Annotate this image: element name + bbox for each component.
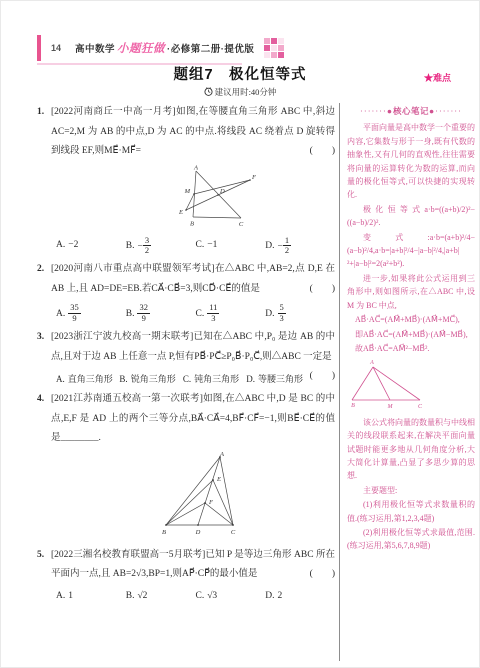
option-d: D.等腰三角形 — [246, 372, 309, 385]
problem-4: 4. [2021江苏南通五校高一第一次联考]如图,在△ABC 中,D 是 BC … — [37, 390, 335, 541]
vertex-label-d: D — [219, 188, 225, 195]
problem-number: 3. — [37, 328, 44, 348]
problem-options: A.1 B.√2 C.√3 D.2 — [51, 589, 335, 603]
option-b: B.−32 — [126, 236, 196, 256]
option-value: 1 — [68, 591, 73, 601]
header-accent-bar — [37, 35, 41, 61]
option-value: 钝角三角形 — [194, 374, 239, 384]
option-fraction: 329 — [137, 303, 150, 323]
option-b: B.329 — [126, 303, 196, 323]
problem-options: A.−2 B.−32 C.−1 D.−12 — [51, 236, 335, 256]
dots-right: ●······· — [429, 106, 462, 116]
option-a: A.1 — [56, 591, 126, 601]
fraction-numerator: 35 — [68, 303, 81, 313]
vertex-label-d: D — [195, 529, 201, 536]
vertex-label-c: C — [418, 404, 423, 409]
triangle-figure: A M E B C D F — [163, 165, 263, 227]
vertex-label-m: M — [184, 188, 191, 195]
triangle-figure: A B M C — [349, 357, 427, 409]
problem-1-figure: A M E B C D F — [163, 165, 335, 232]
option-a: A.359 — [56, 303, 126, 323]
option-c: C.钝角三角形 — [183, 372, 246, 385]
option-a: A.直角三角形 — [56, 372, 119, 385]
difficulty-label: 难点 — [433, 73, 451, 83]
fraction-numerator: 11 — [207, 303, 219, 313]
notes-title: 核心笔记 — [393, 106, 429, 116]
option-value: √3 — [207, 591, 217, 601]
vertex-label-b: B — [351, 403, 355, 409]
difficulty-badge: ★难点 — [424, 71, 451, 84]
polarization-formula: 极化恒等式a·b=((a+b)/2)²−((a−b)/2)². — [347, 203, 475, 230]
answer-parentheses: ( ) — [310, 280, 335, 300]
option-b: B.√2 — [126, 591, 196, 601]
option-fraction: 53 — [278, 303, 286, 323]
time-suggestion: 建议用时:40分钟 — [1, 86, 479, 98]
problem-4-figure: A E F B D C — [161, 452, 335, 541]
problem-source: [2022三湘名校教育联盟高一5月联考] — [51, 550, 205, 560]
timer-icon — [204, 87, 213, 96]
identity-eq-3: 故AB⃗·AC⃗=AM⃗²−MB⃗². — [347, 342, 475, 355]
option-value: 2 — [278, 591, 283, 601]
problem-source: [2020河南八市重点高中联盟领军考试] — [51, 264, 215, 274]
content-columns: 1. [2022河南商丘一中高一月考]如图,在等腰直角三角形 ABC 中,斜边 … — [37, 103, 477, 661]
vertex-label-a: A — [193, 165, 198, 172]
option-value: 锐角三角形 — [131, 374, 176, 384]
problem-text: [2022河南商丘一中高一月考]如图,在等腰直角三角形 ABC 中,斜边 AC=… — [51, 103, 335, 162]
question-types-title: 主要题型: — [347, 484, 475, 497]
problem-number: 4. — [37, 390, 44, 410]
fraction-numerator: 5 — [278, 303, 286, 313]
vertex-label-b: B — [190, 220, 194, 227]
vertex-label-c: C — [239, 221, 244, 227]
problem-1: 1. [2022河南商丘一中高一月考]如图,在等腰直角三角形 ABC 中,斜边 … — [37, 103, 335, 255]
series-prefix: 高中数学 — [75, 44, 115, 55]
fraction-numerator: 1 — [283, 236, 291, 246]
dots-left: ·······● — [360, 106, 393, 116]
option-fraction: 32 — [143, 236, 151, 256]
vertex-label-e: E — [216, 476, 221, 483]
identity-eq-2: 即AB⃗·AC⃗=(AM⃗+MB⃗)·(AM⃗−MB⃗), — [347, 328, 475, 341]
problem-text: [2023浙江宁波九校高一期末联考]已知在△ABC 中,P₀ 是边 AB 的中点… — [51, 328, 335, 367]
problem-number: 5. — [37, 546, 44, 566]
notes-header: ·······●核心笔记●······· — [347, 105, 475, 118]
option-value: 等腰三角形 — [258, 374, 303, 384]
vertex-label-e: E — [178, 209, 183, 216]
checkered-logo-icon — [264, 38, 284, 58]
workbook-page: 14 高中数学小题狂做·必修第二册·提优版 题组7 极化恒等式 ★难点 建议用时… — [0, 0, 480, 668]
vertex-label-a: A — [369, 360, 374, 366]
identity-eq-1: AB⃗·AC⃗=(AM⃗+MB⃗)·(AM⃗+MC⃗), — [347, 313, 475, 326]
problem-number: 2. — [37, 260, 44, 280]
triangle-note: 进一步,如果将此公式运用到三角形中,则如图所示,在△ABC 中,设 M 为 BC… — [347, 272, 475, 312]
problem-source: [2021江苏南通五校高一第一次联考] — [51, 394, 203, 404]
series-title: 高中数学小题狂做·必修第二册·提优版 — [75, 40, 254, 56]
vertex-label-f: F — [208, 499, 214, 506]
option-d: D.−12 — [265, 236, 335, 256]
problems-column: 1. [2022河南商丘一中高一月考]如图,在等腰直角三角形 ABC 中,斜边 … — [37, 103, 339, 661]
fraction-denominator: 2 — [283, 246, 291, 255]
problem-5: 5. [2022三湘名校教育联盟高一5月联考]已知 P 是等边三角形 ABC 所… — [37, 546, 335, 603]
fraction-denominator: 9 — [137, 314, 150, 323]
option-fraction: 359 — [68, 303, 81, 323]
problem-text: [2020河南八市重点高中联盟领军考试]在△ABC 中,AB=2,点 D,E 在… — [51, 260, 335, 299]
sidebar-notes: ·······●核心笔记●······· 平面向量是高中数学一个重要的内容,它集… — [340, 103, 477, 661]
answer-parentheses: ( ) — [310, 367, 335, 387]
time-suggestion-label: 建议用时:40分钟 — [215, 87, 277, 97]
problem-text: [2022三湘名校教育联盟高一5月联考]已知 P 是等边三角形 ABC 所在平面… — [51, 546, 335, 585]
question-type-1: (1)利用极化恒等式求数量积的值.(练习运用,第1,2,3,4题) — [347, 498, 475, 525]
vertex-label-b: B — [162, 529, 166, 536]
answer-parentheses: ( ) — [310, 565, 335, 585]
vertex-label-a: A — [219, 452, 224, 458]
fraction-denominator: 3 — [278, 314, 286, 323]
fraction-denominator: 9 — [68, 314, 81, 323]
fraction-numerator: 3 — [143, 236, 151, 246]
option-fraction: 113 — [207, 303, 219, 323]
notes-intro: 平面向量是高中数学一个重要的内容,它集数与形于一身,既有代数的抽象性,又有几何的… — [347, 121, 475, 201]
option-d: D.53 — [265, 303, 335, 323]
problem-options: A.直角三角形 B.锐角三角形 C.钝角三角形 D.等腰三角形 — [51, 371, 310, 385]
option-value: √2 — [137, 591, 147, 601]
star-icon: ★ — [424, 73, 433, 83]
option-b: B.锐角三角形 — [119, 372, 182, 385]
fraction-numerator: 32 — [137, 303, 150, 313]
question-type-2: (2)利用极化恒等式求最值,范围.(练习运用,第5,6,7,8,9题) — [347, 526, 475, 553]
option-value: 直角三角形 — [68, 374, 113, 384]
problem-text: [2021江苏南通五校高一第一次联考]如图,在△ABC 中,D 是 BC 的中点… — [51, 390, 335, 449]
vertex-label-c: C — [231, 529, 236, 536]
problem-source: [2022河南商丘一中高一月考] — [51, 107, 176, 117]
vertex-label-f: F — [251, 174, 257, 181]
problem-options: A.359 B.329 C.113 D.53 — [51, 303, 335, 323]
problem-set-title: 题组7 极化恒等式 — [173, 67, 306, 83]
option-c: C.113 — [196, 303, 266, 323]
series-suffix: ·必修第二册·提优版 — [167, 44, 254, 55]
option-d: D.2 — [265, 591, 335, 601]
fraction-denominator: 3 — [207, 314, 219, 323]
answer-parentheses: ( ) — [310, 142, 335, 162]
option-value: −1 — [207, 240, 217, 250]
triangle-figure: A E F B D C — [161, 452, 251, 536]
problem-source: [2023浙江宁波九校高一期末联考] — [51, 332, 193, 342]
option-c: C.√3 — [196, 591, 266, 601]
problem-3: 3. [2023浙江宁波九校高一期末联考]已知在△ABC 中,P₀ 是边 AB … — [37, 328, 335, 385]
series-logo: 小题狂做 — [117, 43, 165, 55]
title-row: 题组7 极化恒等式 — [1, 63, 479, 84]
option-a: A.−2 — [56, 240, 126, 250]
problem-2: 2. [2020河南八市重点高中联盟领军考试]在△ABC 中,AB=2,点 D,… — [37, 260, 335, 323]
vertex-label-m: M — [387, 404, 394, 409]
option-fraction: 12 — [283, 236, 291, 256]
notes-triangle-figure: A B M C — [349, 357, 475, 413]
page-number: 14 — [51, 43, 61, 53]
problem-number: 1. — [37, 103, 44, 123]
option-value: −2 — [68, 240, 78, 250]
page-header: 14 高中数学小题狂做·必修第二册·提优版 — [37, 35, 284, 61]
option-c: C.−1 — [196, 240, 266, 250]
fraction-denominator: 2 — [143, 246, 151, 255]
notes-summary: 该公式将向量的数量积与中线相关的线段联系起来,在解决平面向量试题时能更多地从几何… — [347, 416, 475, 483]
formula-variants: 变式:a·b=(a+b)²/4−(a−b)²/4,a·b=|a+b|²/4−|a… — [347, 231, 475, 271]
